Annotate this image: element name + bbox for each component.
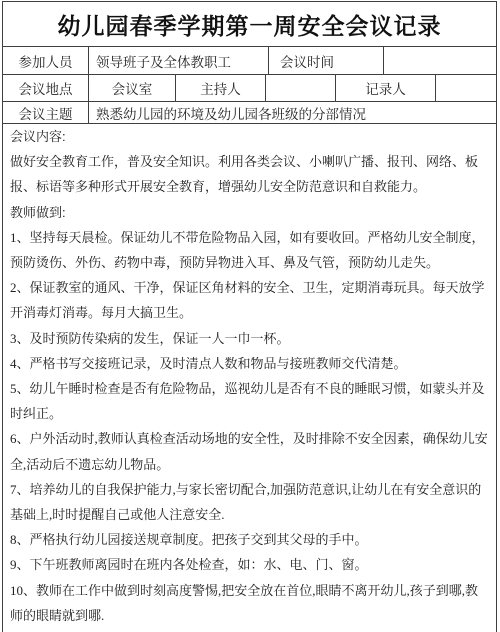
location-label: 会议地点: [3, 75, 88, 101]
content-item-7: 7、培养幼儿的自我保护能力,与家长密切配合,加强防范意识,让幼儿在有安全意识的基…: [10, 477, 490, 527]
host-value: [265, 75, 335, 101]
location-value: 会议室: [88, 75, 175, 101]
participants-label: 参加人员: [3, 47, 88, 74]
content-intro: 做好安全教育工作，普及安全知识。利用各类会议、小喇叭广播、报刊、网络、板报、标语…: [10, 149, 490, 199]
content-item-2: 2、保证教室的通风、干净，保证区角材料的安全、卫生，定期消毒玩具。每天放学开消毒…: [10, 275, 490, 325]
meeting-content-section: 会议内容: 做好安全教育工作，普及安全知识。利用各类会议、小喇叭广播、报刊、网络…: [3, 124, 496, 627]
participants-value: 领导班子及全体教职工: [88, 47, 268, 74]
content-item-10: 10、教师在工作中做到时刻高度警惕,把安全放在首位,眼睛不离开幼儿,孩子到哪,教…: [10, 578, 490, 627]
info-row-participants: 参加人员 领导班子及全体教职工 会议时间: [3, 47, 496, 75]
info-row-topic: 会议主题 熟悉幼儿园的环境及幼儿园各班级的分部情况: [3, 102, 496, 124]
content-item-8: 8、严格执行幼儿园接送规章制度。把孩子交到其父母的手中。: [10, 527, 490, 552]
meeting-time-value: [383, 47, 496, 74]
meeting-record-document: 幼儿园春季学期第一周安全会议记录 参加人员 领导班子及全体教职工 会议时间 会议…: [2, 1, 497, 627]
content-item-3: 3、及时预防传染病的发生，保证一人一巾一杯。: [10, 326, 490, 351]
recorder-label: 记录人: [335, 75, 435, 101]
topic-label: 会议主题: [3, 102, 88, 123]
content-item-1: 1、坚持每天晨检。保证幼儿不带危险物品入园，如有要收回。严格幼儿安全制度，预防烫…: [10, 225, 490, 275]
info-row-location: 会议地点 会议室 主持人 记录人: [3, 75, 496, 102]
page-title: 幼儿园春季学期第一周安全会议记录: [3, 2, 496, 47]
content-subheading: 教师做到:: [10, 200, 490, 225]
recorder-value: [435, 75, 496, 101]
content-item-5: 5、幼儿午睡时检查是否有危险物品，巡视幼儿是否有不良的睡眠习惯，如蒙头并及时纠正…: [10, 376, 490, 426]
meeting-time-label: 会议时间: [268, 47, 383, 74]
content-item-9: 9、下午班教师离园时在班内各处检查，如：水、电、门、窗。: [10, 552, 490, 577]
host-label: 主持人: [175, 75, 265, 101]
content-heading: 会议内容:: [10, 124, 490, 149]
topic-value: 熟悉幼儿园的环境及幼儿园各班级的分部情况: [88, 102, 496, 123]
content-item-6: 6、户外活动时,教师认真检查活动场地的安全性，及时排除不安全因素，确保幼儿安全,…: [10, 426, 490, 476]
content-item-4: 4、严格书写交接班记录，及时清点人数和物品与接班教师交代清楚。: [10, 351, 490, 376]
